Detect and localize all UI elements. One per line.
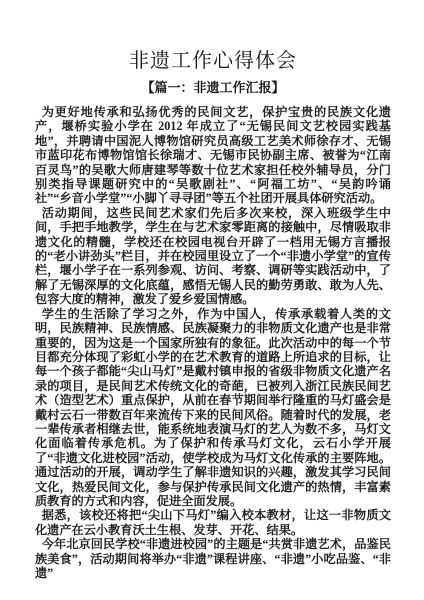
paragraph: 今年北京回民学校“非遗进校园”的主题是“共赏非遗艺术，品鉴民族美食”，活动期间将… [35,537,391,580]
document-title: 非遗工作心得体会 [35,44,391,73]
paragraph: 据悉，该校还将把“尖山下马灯”编入校本教材，让这一非物质文化遗产在云小教育沃土生… [35,508,391,537]
paragraph: 学生的生活除了学习之外，作为中国人，传承承载着人类的文明，民族精神、民族情感、民… [35,307,391,509]
document-page: 非遗工作心得体会 【篇一：非遗工作汇报】 为更好地传承和弘扬优秀的民间文艺，保护… [0,0,424,600]
paragraph: 为更好地传承和弘扬优秀的民间文艺，保护宝贵的民族文化遗产，堰桥实验小学在 201… [35,105,391,206]
section-heading: 【篇一：非遗工作汇报】 [35,77,391,96]
paragraph: 活动期间，这些民间艺术家们先后多次来校，深入班级学生中间，手把手地教学，学生在与… [35,206,391,307]
document-body: 为更好地传承和弘扬优秀的民间文艺，保护宝贵的民族文化遗产，堰桥实验小学在 201… [35,105,391,580]
